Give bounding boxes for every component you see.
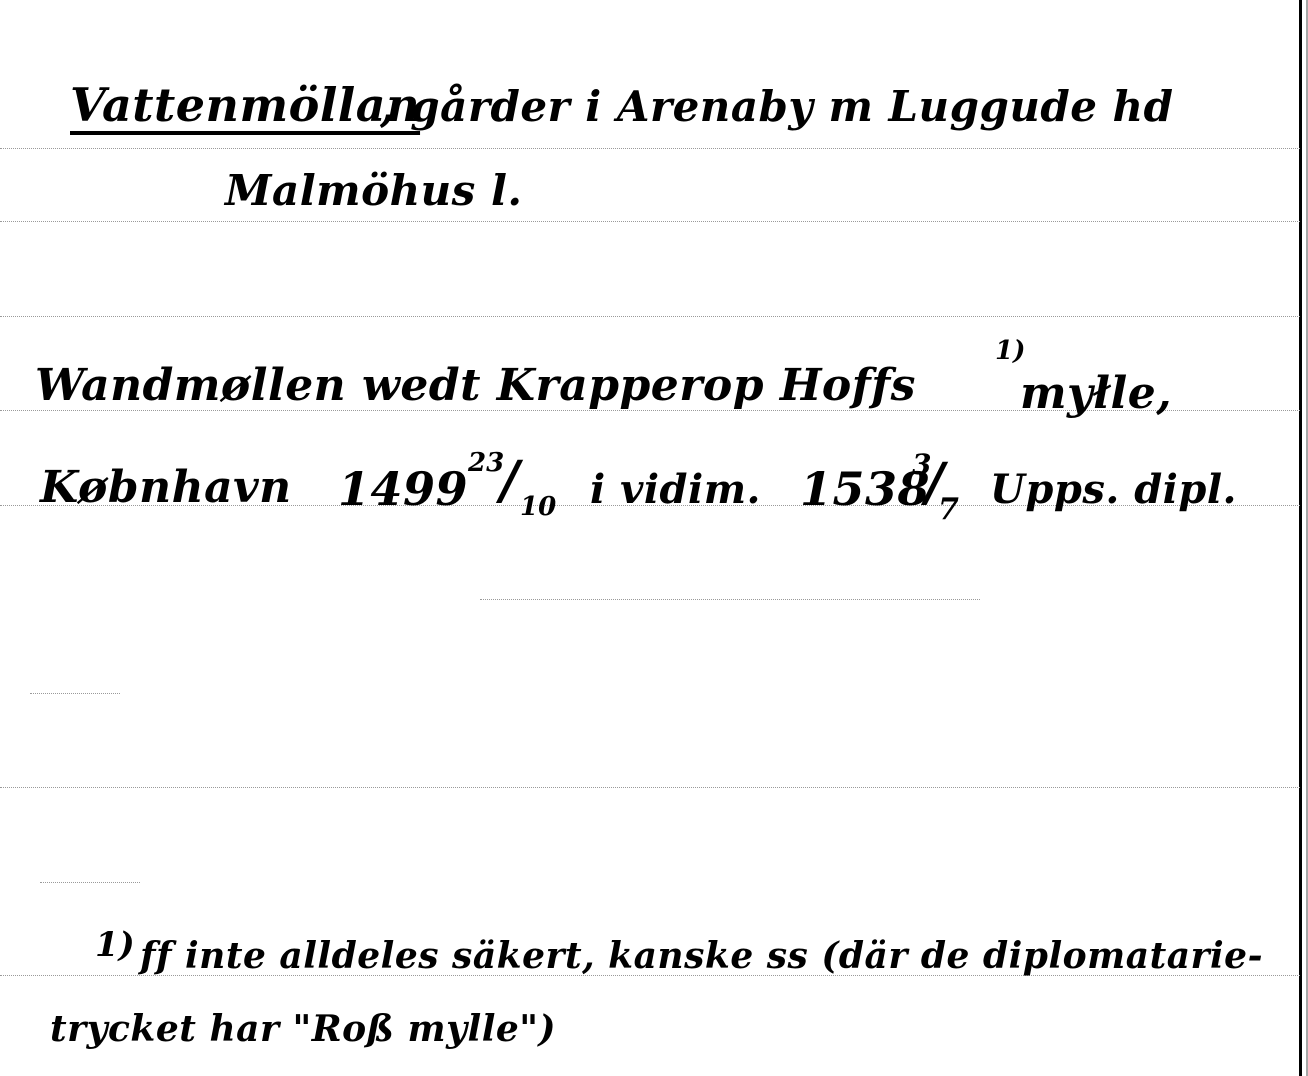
entry-vidimus-note: i vidim. (590, 466, 761, 513)
entry-historical-form-end: myłle, (1020, 368, 1172, 419)
ruled-line (0, 316, 1300, 317)
ruled-line (0, 221, 1300, 222)
entry-year-1: 1499 (338, 462, 468, 516)
card-headword: Vattenmöllan (70, 78, 420, 132)
footnote-label: 1) (95, 925, 135, 965)
entry-place: Købnhavn (40, 462, 292, 513)
entry-date-2-month: 7 (938, 492, 959, 527)
card-header-location: , gårder i Arenaby m Luggude hd (380, 82, 1173, 131)
card-edge (1299, 0, 1302, 1076)
footnote-marker: 1) (995, 336, 1025, 366)
footnote-line-2: trycket har "Roß mylle") (50, 1008, 556, 1050)
entry-year-2: 1538 (800, 462, 930, 516)
index-card: Vattenmöllan , gårder i Arenaby m Luggud… (0, 0, 1308, 1076)
fraction-slash: / (500, 450, 519, 511)
footnote-line-1: ff inte alldeles säkert, kanske ss (där … (140, 935, 1263, 977)
ruled-line (40, 882, 140, 883)
ruled-line (480, 599, 980, 600)
ruled-line (0, 787, 1300, 788)
card-header-county: Malmöhus l. (225, 166, 523, 215)
ruled-line (0, 148, 1300, 149)
entry-date-1-day: 23 (468, 448, 504, 478)
entry-historical-form: Wandmøllen wedt Krapperop Hoffs (35, 360, 916, 411)
entry-source: Upps. dipl. (990, 466, 1237, 513)
entry-date-1-month: 10 (520, 492, 556, 522)
ruled-line (30, 693, 120, 694)
